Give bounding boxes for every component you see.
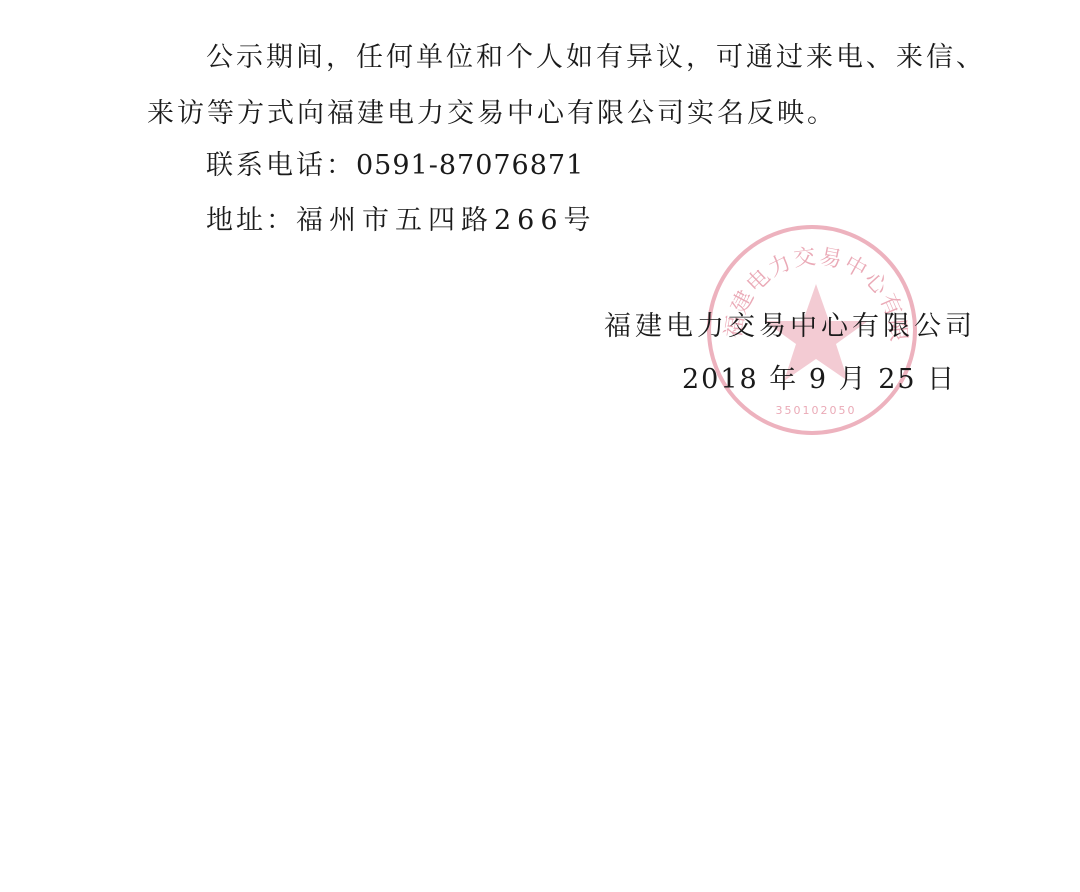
contact-phone: 0591-87076871 [356, 150, 584, 181]
contact-label: 联系电话： [206, 150, 356, 181]
paragraph-line-1: 公示期间，任何单位和个人如有异议，可通过来电、来信、 [206, 44, 986, 71]
address-line: 地址：福州市五四路266号 [206, 207, 597, 234]
signature-date: 2018 年 9 月 25 日 [682, 366, 956, 393]
address-value: 福州市五四路266号 [296, 205, 597, 236]
paragraph-line-2: 来访等方式向福建电力交易中心有限公司实名反映。 [147, 100, 837, 127]
address-label: 地址： [206, 205, 296, 236]
svg-text:350102050: 350102050 [776, 404, 857, 417]
contact-line: 联系电话：0591-87076871 [206, 152, 584, 179]
signature-org: 福建电力交易中心有限公司 [604, 313, 976, 340]
